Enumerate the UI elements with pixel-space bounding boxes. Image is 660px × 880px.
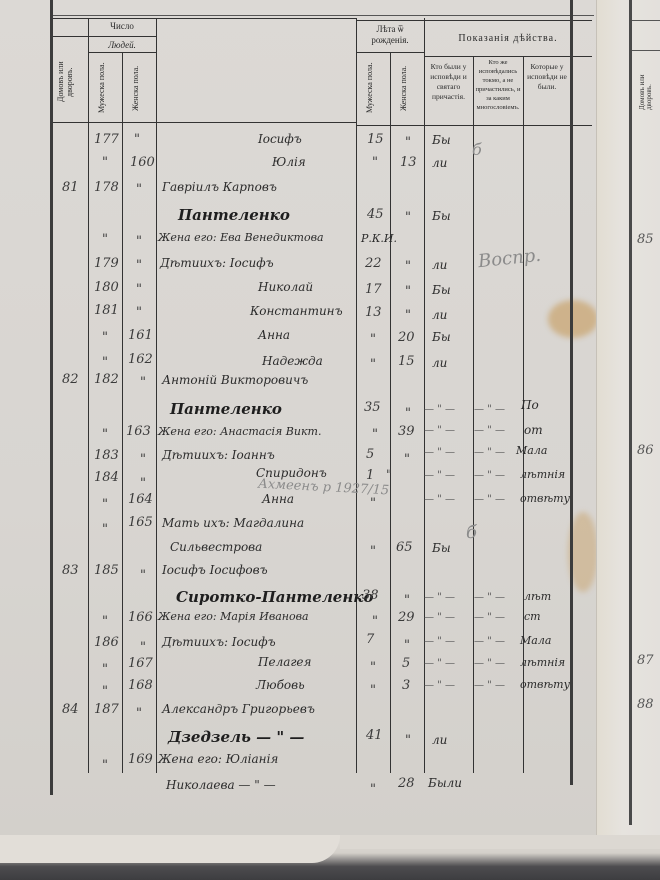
age-female: " — [405, 406, 411, 421]
age-female: " — [405, 308, 411, 323]
rule-header-bottom-right — [356, 125, 592, 126]
house-number: 84 — [62, 702, 79, 717]
age-male: 7 — [366, 632, 374, 647]
rule-count — [52, 36, 156, 37]
male-number: 177 — [94, 132, 119, 147]
female-number: " — [136, 706, 142, 721]
female-number: " — [140, 640, 146, 655]
confessed-only-mark: — " — — [474, 404, 505, 415]
male-number: 186 — [94, 635, 119, 650]
confessed-mark: ли — [432, 258, 447, 272]
confessed-only-mark: — " — — [474, 680, 505, 691]
house-number: 83 — [62, 563, 79, 578]
male-number: " — [102, 662, 108, 677]
male-number: " — [102, 330, 108, 345]
person-name: Любовь — [256, 678, 305, 692]
not-confessed-note: отвѣту — [520, 678, 570, 691]
rule-next-page-header — [632, 50, 660, 51]
next-page-edge: Домовъ или дворовъ. 85 86 87 88 — [596, 0, 660, 845]
male-number: 179 — [94, 256, 119, 271]
not-confessed-note: Мала — [516, 444, 547, 457]
male-number: " — [102, 355, 108, 370]
female-number: " — [140, 375, 146, 390]
rule-left-margin — [50, 0, 53, 795]
age-female: " — [404, 452, 410, 467]
confessed-mark: — " — — [424, 404, 455, 415]
person-name: Жена его: Марія Иванова — [158, 610, 309, 623]
person-name: Жена его: Ева Венедиктова — [158, 231, 324, 244]
age-female: " — [405, 135, 411, 150]
age-male: 22 — [365, 256, 382, 271]
person-name: Надежда — [262, 354, 323, 368]
person-name: Антоній Викторовичъ — [162, 373, 308, 387]
person-name: Александръ Григорьевъ — [162, 702, 315, 716]
male-number: " — [102, 427, 108, 442]
confessed-only-mark: — " — — [474, 592, 505, 603]
age-female: " — [405, 259, 411, 274]
male-number: 178 — [94, 180, 119, 195]
age-male: " — [370, 332, 376, 347]
age-female: " — [404, 593, 410, 608]
male-number: " — [102, 684, 108, 699]
confessed-mark: — " — — [424, 680, 455, 691]
confessed-only-mark: — " — — [474, 612, 505, 623]
surname: Пантеленко — [178, 206, 290, 224]
female-number: 163 — [126, 424, 151, 439]
female-number: " — [136, 305, 142, 320]
house-number: 81 — [62, 180, 79, 195]
age-female: 20 — [398, 330, 415, 345]
rule-top — [52, 15, 594, 16]
next-page-house-number: 85 — [637, 232, 654, 247]
confessed-mark: ли — [432, 733, 447, 747]
rule-col — [356, 18, 357, 773]
female-number: " — [140, 476, 146, 491]
next-page-header-households: Домовъ или дворовъ. — [639, 62, 653, 110]
confessed-mark: Бы — [432, 133, 451, 147]
not-confessed-note: отвѣту — [520, 492, 570, 505]
age-female: 15 — [398, 354, 415, 369]
age-male: " — [370, 357, 376, 372]
person-name: Юлія — [272, 155, 306, 169]
header-count: Число — [88, 21, 156, 32]
not-confessed-note: лѣтнія — [520, 468, 565, 481]
page-edge — [0, 835, 340, 863]
person-name: Николай — [258, 280, 313, 294]
male-number: " — [102, 497, 108, 512]
rule-header-top-left — [52, 18, 356, 19]
next-page-house-number: 86 — [637, 443, 654, 458]
header-testimony: Показанія дѣйства. — [426, 33, 590, 44]
not-confessed-note: По — [521, 398, 539, 412]
header-age-female: Женска пола. — [399, 58, 415, 118]
register-page: Число Людей. Домовъ или дворовъ. Мужеска… — [0, 0, 600, 835]
male-number: " — [102, 522, 108, 537]
confessed-only-mark: — " — — [474, 658, 505, 669]
male-number: 185 — [94, 563, 119, 578]
confessed-mark: ли — [432, 156, 447, 170]
male-number: 182 — [94, 372, 119, 387]
header-female: Женска пола. — [131, 58, 147, 118]
age-male: 15 — [367, 132, 384, 147]
age-female: 13 — [400, 155, 417, 170]
male-number: " — [102, 232, 108, 247]
not-confessed-note: Мала — [520, 634, 551, 647]
desk-surface — [0, 835, 660, 880]
age-male: Р.К.И. — [361, 232, 397, 245]
confessed-mark: — " — — [424, 658, 455, 669]
confessed-mark: — " — — [424, 470, 455, 481]
pencil-mark: б — [472, 140, 482, 159]
age-female: 39 — [398, 424, 415, 439]
female-number: 165 — [128, 515, 153, 530]
female-number: 167 — [128, 656, 153, 671]
person-name: Анна — [262, 492, 294, 506]
rule-next-page-outer — [629, 0, 632, 825]
confessed-mark: ли — [432, 308, 447, 322]
age-male: " — [372, 614, 378, 629]
age-female: 65 — [396, 540, 413, 555]
header-people: Людей. — [88, 40, 156, 51]
confessed-mark: — " — — [424, 612, 455, 623]
not-confessed-note: лѣт — [524, 590, 551, 603]
age-male: " — [370, 496, 376, 511]
age-male: " — [370, 544, 376, 559]
male-number: 183 — [94, 448, 119, 463]
female-number: " — [136, 182, 142, 197]
female-number: " — [136, 282, 142, 297]
page-edge — [340, 835, 660, 849]
age-male: " — [372, 155, 378, 170]
age-male: " — [370, 782, 376, 797]
age-male: 45 — [367, 207, 384, 222]
female-number: 162 — [128, 352, 153, 367]
person-name: Дѣтиихъ: Іоаннъ — [162, 448, 275, 462]
pencil-mark: б — [466, 522, 477, 543]
rule-right-margin — [570, 0, 573, 785]
female-number: " — [136, 258, 142, 273]
confessed-mark: ли — [432, 356, 447, 370]
person-name: Іосифъ Іосифовъ — [162, 563, 268, 577]
rule-header-top-right — [356, 20, 592, 21]
person-name: Мать ихъ: Магдалина — [162, 516, 304, 530]
rule-testimony — [424, 56, 592, 57]
water-stain — [548, 300, 598, 338]
not-confessed-note: ст — [524, 610, 541, 623]
person-name: Жена его: Юліанія — [158, 752, 278, 766]
person-name: Дѣтиихъ: Іосифъ — [162, 635, 276, 649]
header-confessed-communed: Кто были у исповѣди и святаго причастія. — [425, 62, 472, 102]
age-male: " — [370, 683, 376, 698]
pencil-note-vosp: Воспр. — [477, 245, 542, 272]
header-male: Мужеска пола. — [97, 58, 113, 118]
female-number: 164 — [128, 492, 153, 507]
confessed-mark: Бы — [432, 283, 451, 297]
female-number: " — [134, 132, 140, 147]
confessed-only-mark: — " — — [474, 447, 505, 458]
age-female: " — [405, 733, 411, 748]
age-male: 35 — [364, 400, 381, 415]
rule-col — [156, 18, 157, 773]
person-name: Гавріилъ Карповъ — [162, 180, 277, 194]
age-female: " — [404, 638, 410, 653]
male-number: 181 — [94, 303, 119, 318]
female-number: " — [140, 452, 146, 467]
not-confessed-note: лѣтнія — [520, 656, 565, 669]
person-name: Николаева — " — — [166, 778, 276, 792]
person-name: Анна — [258, 328, 290, 342]
age-female: 3 — [402, 678, 410, 693]
confessed-mark: Бы — [432, 209, 451, 223]
age-female: 5 — [402, 656, 410, 671]
confessed-mark: — " — — [424, 494, 455, 505]
confessed-mark: — " — — [424, 592, 455, 603]
age-male: " — [372, 427, 378, 442]
age-female: " — [405, 210, 411, 225]
rule-col — [122, 52, 123, 773]
confessed-mark: Бы — [432, 330, 451, 344]
confessed-only-mark: — " — — [474, 494, 505, 505]
rule-header-bottom-left — [52, 122, 356, 123]
confessed-mark: — " — — [424, 447, 455, 458]
rule-next-page-header — [632, 20, 660, 21]
male-number: 180 — [94, 280, 119, 295]
surname: Сиротко-Пантеленко — [176, 588, 373, 606]
confessed-mark: — " — — [424, 636, 455, 647]
rule-col — [88, 18, 89, 773]
person-name: Константинъ — [250, 304, 343, 318]
age-female: " — [386, 468, 392, 483]
male-number: 184 — [94, 470, 119, 485]
header-households: Домовъ или дворовъ. — [56, 46, 84, 118]
age-male: 5 — [366, 447, 374, 462]
confessed-mark: Бы — [432, 541, 451, 555]
rule-col — [390, 52, 391, 773]
header-not-confessed: Которые у исповѣди не были. — [525, 62, 569, 92]
age-male: 38 — [362, 588, 379, 603]
surname: Пантеленко — [170, 400, 282, 418]
confessed-only-mark: — " — — [474, 470, 505, 481]
next-page-house-number: 87 — [637, 653, 654, 668]
person-name: Іосифъ — [258, 132, 302, 146]
person-name: Жена его: Анастасія Викт. — [158, 425, 321, 438]
header-confessed-only: Кто же исповѣдались токмо, а не причасти… — [474, 58, 522, 112]
person-name: Пелагея — [258, 655, 311, 669]
male-number: " — [102, 155, 108, 170]
not-confessed-note: от — [524, 423, 543, 437]
confessed-mark: Были — [428, 776, 462, 790]
male-number: 187 — [94, 702, 119, 717]
male-number: " — [102, 758, 108, 773]
person-name: Дѣтиихъ: Іосифъ — [160, 256, 274, 270]
female-number: 169 — [128, 752, 153, 767]
header-age-male: Мужеска пола. — [365, 58, 381, 118]
header-age: Лѣта ѿ рожденія. — [358, 24, 422, 46]
age-male: " — [370, 660, 376, 675]
age-male: 1 — [366, 468, 374, 483]
age-male: 17 — [365, 282, 382, 297]
surname: Дзедзель — " — — [168, 728, 304, 746]
female-number: 160 — [130, 155, 155, 170]
male-number: " — [102, 614, 108, 629]
female-number: 161 — [128, 328, 153, 343]
female-number: " — [136, 234, 142, 249]
age-female: 28 — [398, 776, 415, 791]
age-female: " — [405, 284, 411, 299]
age-male: 13 — [365, 305, 382, 320]
female-number: 168 — [128, 678, 153, 693]
age-female: 29 — [398, 610, 415, 625]
confessed-mark: — " — — [424, 425, 455, 436]
person-name: Сильвестрова — [170, 540, 262, 554]
age-male: 41 — [366, 728, 383, 743]
female-number: 166 — [128, 610, 153, 625]
house-number: 82 — [62, 372, 79, 387]
confessed-only-mark: — " — — [474, 636, 505, 647]
next-page-house-number: 88 — [637, 697, 654, 712]
female-number: " — [140, 568, 146, 583]
confessed-only-mark: — " — — [474, 425, 505, 436]
